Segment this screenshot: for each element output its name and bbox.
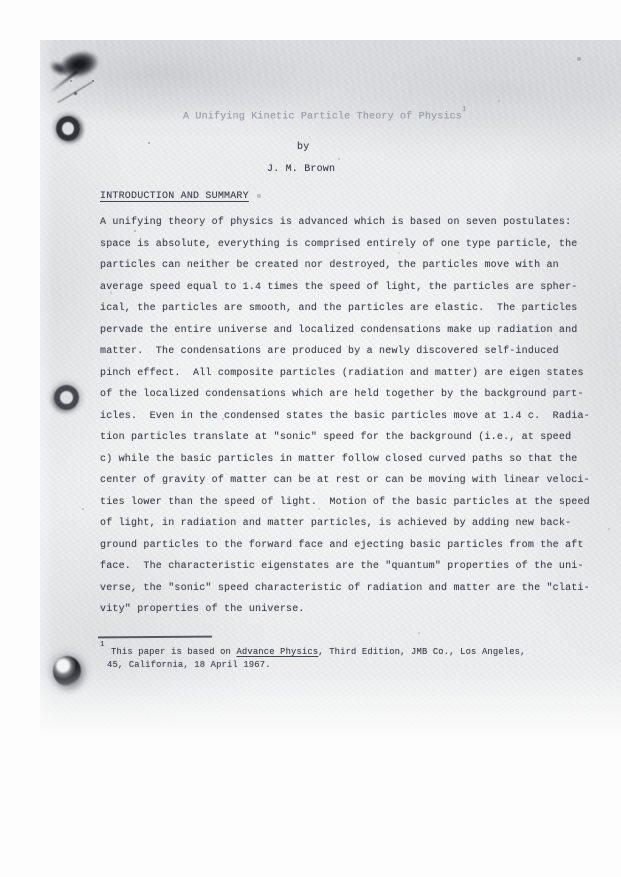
footnote-line-2: 45, California, 18 April 1967. xyxy=(107,659,271,671)
document-title: A Unifying Kinetic Particle Theory of Ph… xyxy=(183,106,467,124)
abstract-body-text: A unifying theory of physics is advanced… xyxy=(100,212,590,621)
author-name: J. M. Brown xyxy=(267,163,335,177)
footnote-text-prefix: This paper is based on xyxy=(111,647,236,657)
scanned-page: A Unifying Kinetic Particle Theory of Ph… xyxy=(40,40,621,737)
binder-hole-mark-bottom xyxy=(53,656,81,686)
ink-blot-stain xyxy=(40,40,170,160)
scan-background: A Unifying Kinetic Particle Theory of Ph… xyxy=(0,0,621,877)
section-heading: INTRODUCTION AND SUMMARY xyxy=(100,190,249,204)
paper-speckles xyxy=(70,80,72,82)
binder-hole-mark-middle xyxy=(54,385,79,410)
footnote-line-1: This paper is based on Advance Physics, … xyxy=(111,646,526,658)
footnote-cited-work: Advance Physics xyxy=(236,647,318,657)
ink-speck xyxy=(74,92,77,95)
document-title-text: A Unifying Kinetic Particle Theory of Ph… xyxy=(183,111,462,122)
binder-hole-mark-top xyxy=(56,116,80,141)
title-footnote-ref: 1 xyxy=(462,106,467,114)
ink-speck xyxy=(92,80,94,82)
footnote-text-suffix: , Third Edition, JMB Co., Los Angeles, xyxy=(318,647,525,657)
byline: by xyxy=(297,141,309,155)
footnote-marker: 1 xyxy=(100,638,105,652)
